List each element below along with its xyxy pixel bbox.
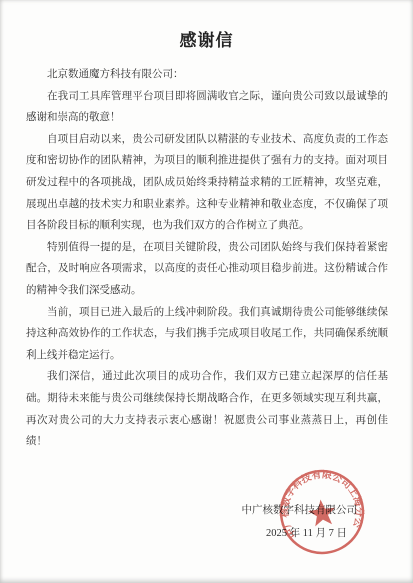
signature-company: 中广核数字科技有限公司 [242, 503, 358, 519]
letter-paragraph: 自项目启动以来，贵公司研发团队以精湛的专业技术、高度负责的工作态度和密切协作的团… [26, 129, 388, 237]
salutation: 北京数通魔方科技有限公司： [26, 64, 388, 86]
letter-paragraph: 我们深信，通过此次项目的成功合作，我们双方已建立起深厚的信任基础。期待未来能与贵… [26, 366, 388, 452]
letter-body: 北京数通魔方科技有限公司： 在我司工具库管理平台项目即将圆满收官之际，谨向贵公司… [26, 64, 388, 453]
letter-paragraph: 在我司工具库管理平台项目即将圆满收官之际，谨向贵公司致以最诚挚的感谢和崇高的敬意… [26, 86, 388, 129]
letter-paragraph: 特别值得一提的是，在项目关键阶段，贵公司团队始终与我们保持着紧密配合，及时响应各… [26, 237, 388, 302]
letter-title: 感谢信 [0, 0, 413, 52]
signature-date: 2025 年 11 月 7 日 [266, 526, 347, 542]
letter-paragraph: 当前，项目已进入最后的上线冲刺阶段。我们真诚期待贵公司能够继续保持这种高效协作的… [26, 302, 388, 367]
thank-you-letter-page: 感谢信 北京数通魔方科技有限公司： 在我司工具库管理平台项目即将圆满收官之际，谨… [0, 0, 413, 583]
